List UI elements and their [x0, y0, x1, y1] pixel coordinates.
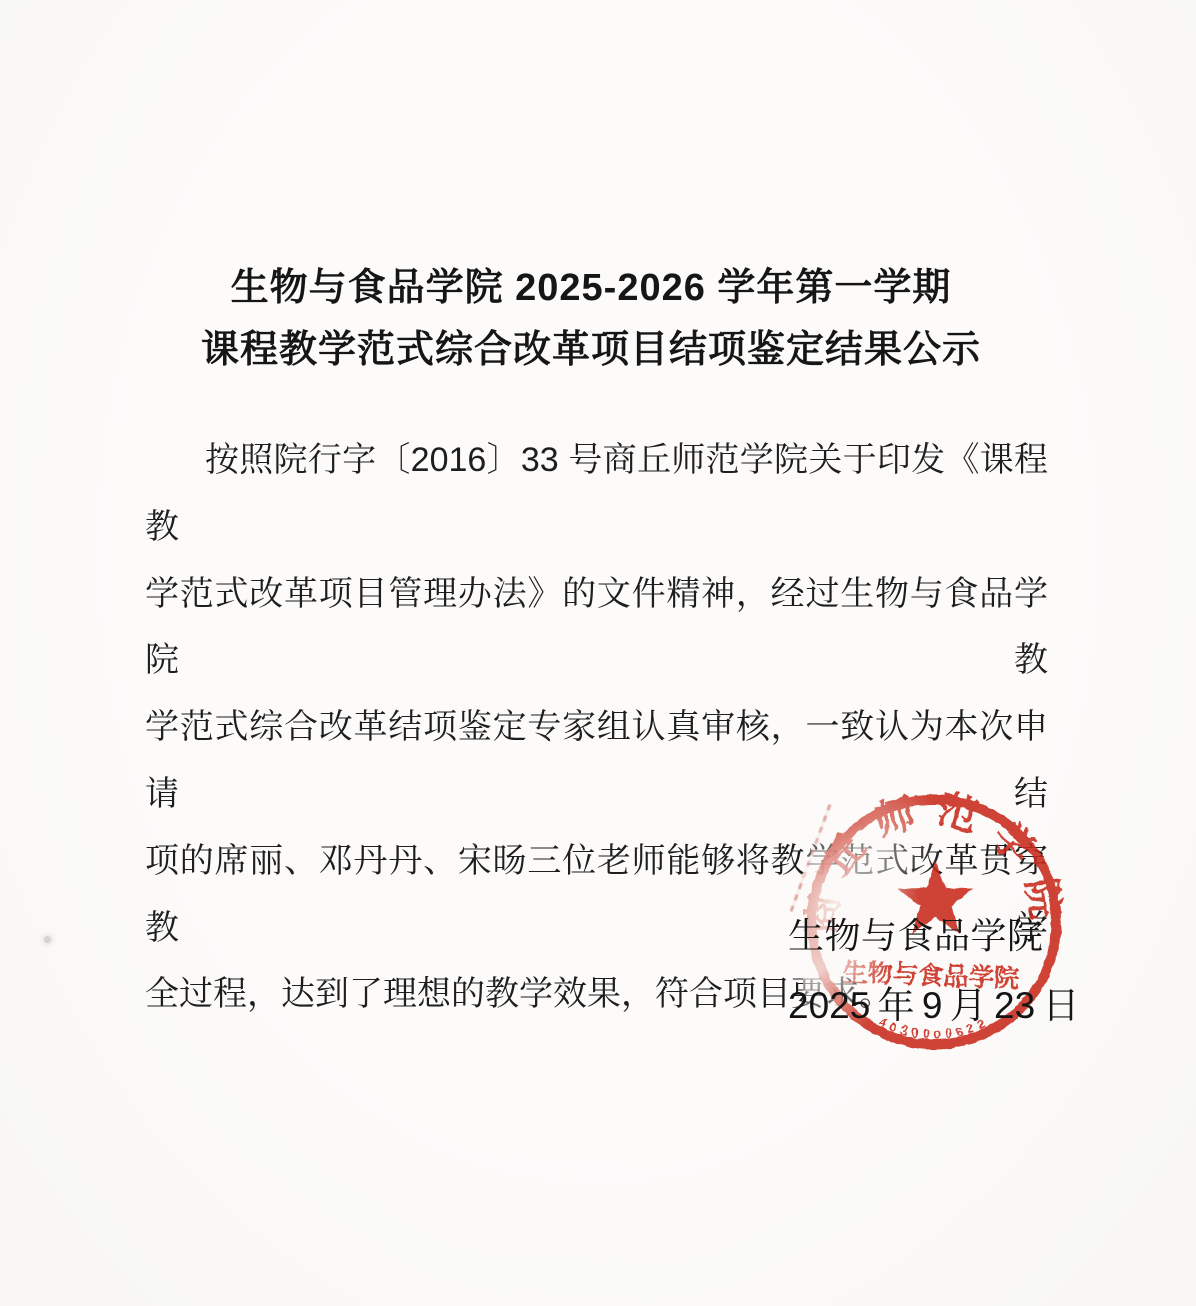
scan-speck — [44, 936, 51, 943]
document-page: 生物与食品学院 2025-2026 学年第一学期 课程教学范式综合改革项目结项鉴… — [0, 0, 1196, 1306]
document-title-line1: 生物与食品学院 2025-2026 学年第一学期 — [0, 266, 1182, 310]
signature-date: 2025 年 9 月 23 日 — [788, 984, 1079, 1028]
document-title-line2: 课程教学范式综合改革项目结项鉴定结果公示 — [0, 328, 1182, 372]
body-line: 学范式改革项目管理办法》的文件精神，经过生物与食品学院教 — [145, 561, 1048, 695]
body-line: 按照院行字〔2016〕33 号商丘师范学院关于印发《课程教 — [145, 427, 1048, 561]
signature-department: 生物与食品学院 — [788, 914, 1044, 958]
